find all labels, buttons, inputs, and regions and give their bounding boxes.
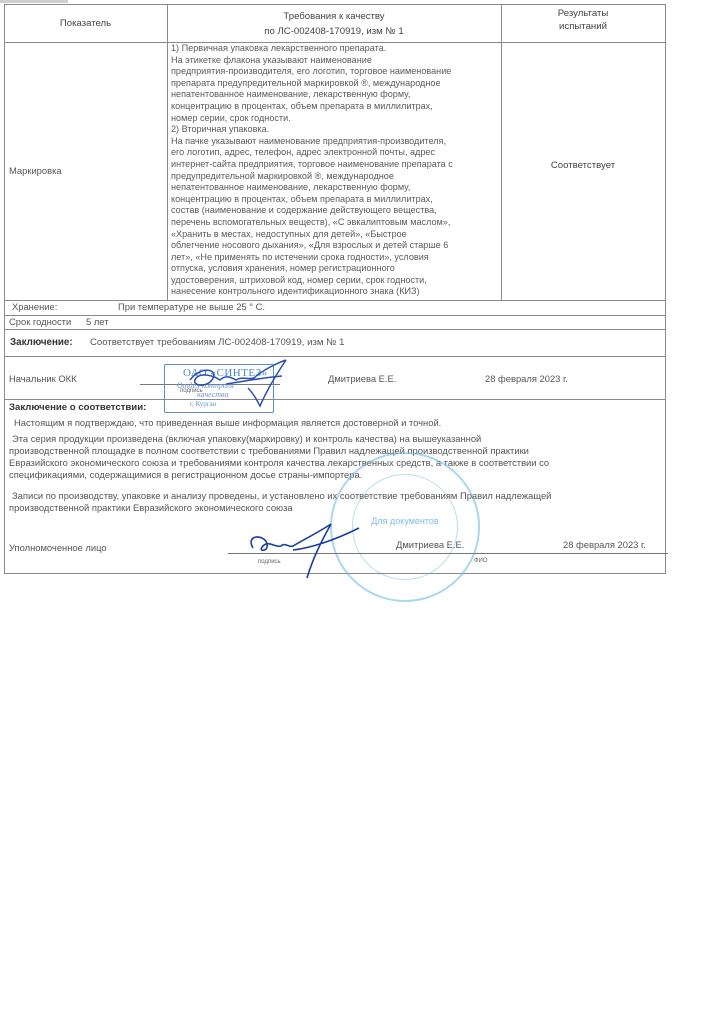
- col-divider-1: [167, 4, 168, 300]
- req-line: его логотип, адрес, телефон, адрес элект…: [171, 147, 501, 159]
- req-line: состав (наименование и содержание действ…: [171, 205, 501, 217]
- compliance-p2-line: Эта серия продукции произведена (включая…: [12, 434, 481, 445]
- qc-head-date: 28 февраля 2023 г.: [485, 374, 568, 385]
- req-line: облегчение носового дыхания», «Для взрос…: [171, 240, 501, 252]
- qc-signature-icon: [170, 358, 300, 414]
- marking-indicator: Маркировка: [9, 166, 62, 177]
- req-line: концентрацию в процентах, объем препарат…: [171, 194, 501, 206]
- authorized-name-caption: ФИО: [474, 556, 488, 567]
- marking-row-bottom: [4, 300, 666, 301]
- marking-result: Соответствует: [501, 159, 665, 172]
- document-page: Показатель Требования к качеству по ЛС-0…: [0, 0, 724, 1024]
- table-top-border: [4, 4, 666, 5]
- header-results-line2: испытаний: [501, 20, 665, 33]
- req-line: предприятия-производителя, его логотип, …: [171, 66, 501, 78]
- req-line: концентрацию в процентах, объем препарат…: [171, 101, 501, 113]
- shelf-row-bottom: [4, 329, 666, 330]
- header-indicator: Показатель: [4, 17, 167, 30]
- authorized-name: Дмитриева Е.Е.: [396, 540, 464, 551]
- header-requirements-line1: Требования к качеству: [167, 10, 501, 23]
- req-line: интернет-сайта предприятия, торговое наи…: [171, 159, 501, 171]
- col-divider-2: [501, 4, 502, 300]
- req-line: На этикетке флакона указывают наименован…: [171, 55, 501, 67]
- header-results-line1: Результаты: [501, 7, 665, 20]
- compliance-p2-line: Евразийского экономического союза и треб…: [9, 458, 549, 469]
- header-requirements-line2: по ЛС-002408-170919, изм № 1: [167, 25, 501, 38]
- storage-label: Хранение:: [12, 302, 57, 313]
- qc-head-row-bottom: [4, 399, 666, 400]
- conclusion-label: Заключение:: [10, 338, 73, 349]
- req-line: отпуска, условия хранения, номер регистр…: [171, 263, 501, 275]
- req-line: номер серии, срок годности.: [171, 113, 501, 125]
- table-right-border: [665, 4, 666, 574]
- qc-head-role: Начальник ОКК: [9, 374, 77, 385]
- req-line: перечень вспомогательных веществ), «С эв…: [171, 217, 501, 229]
- req-line: удостоверения, штриховой код, номер сери…: [171, 275, 501, 287]
- authorized-signature-icon: [235, 520, 365, 582]
- compliance-p2-line: спецификациями, содержащимися в регистра…: [9, 470, 362, 481]
- shelf-life-label: Срок годности: [9, 317, 71, 328]
- req-line: 2) Вторичная упаковка.: [171, 124, 501, 136]
- req-line: 1) Первичная упаковка лекарственного пре…: [171, 43, 501, 55]
- compliance-p3-line: Записи по производству, упаковке и анали…: [12, 491, 551, 502]
- marking-requirements: 1) Первичная упаковка лекарственного пре…: [171, 43, 501, 298]
- req-line: непатентованное наименование, лекарствен…: [171, 182, 501, 194]
- conclusion-row-bottom: [4, 356, 666, 357]
- req-line: На пачке указывают наименование предприя…: [171, 136, 501, 148]
- req-line: непатентованное наименование, лекарствен…: [171, 89, 501, 101]
- authorized-signature-caption: подпись: [258, 557, 281, 568]
- req-line: препарата предупредительной маркировкой …: [171, 78, 501, 90]
- table-left-border: [4, 4, 5, 574]
- req-line: предупредительной маркировкой ®, междуна…: [171, 171, 501, 183]
- shelf-life-value: 5 лет: [86, 317, 109, 328]
- authorized-role: Уполномоченное лицо: [9, 543, 107, 554]
- scan-artifact: [0, 0, 68, 3]
- compliance-p3-line: производственной практики Евразийского э…: [9, 503, 293, 514]
- conclusion-value: Соответствует требованиям ЛС-002408-1709…: [90, 338, 344, 349]
- req-line: «Хранить в местах, недоступных для детей…: [171, 229, 501, 241]
- storage-value: При температуре не выше 25 ° С.: [118, 302, 265, 313]
- qc-head-name: Дмитриева Е.Е.: [328, 374, 396, 385]
- compliance-p2-line: производственной площадке в полном соотв…: [9, 446, 529, 457]
- compliance-paragraph1: Настоящим я подтверждаю, что приведенная…: [14, 418, 441, 429]
- req-line: нанесение контрольного идентификационног…: [171, 286, 501, 298]
- compliance-title: Заключение о соответствии:: [9, 403, 146, 414]
- req-line: лет», «Не применять по истечении срока г…: [171, 252, 501, 264]
- authorized-date: 28 февраля 2023 г.: [563, 540, 646, 551]
